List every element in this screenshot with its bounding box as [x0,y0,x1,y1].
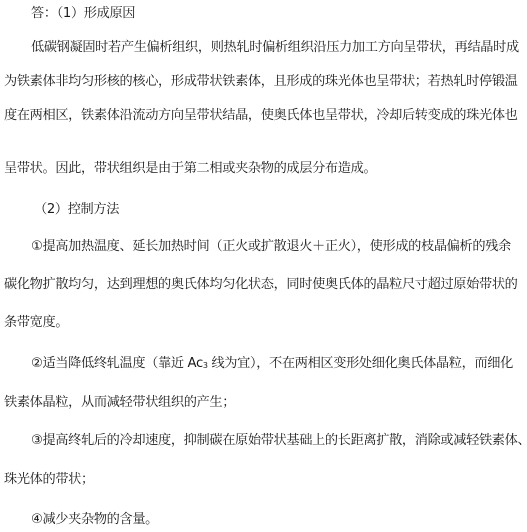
paragraph-line: 度在两相区，铁素体沿流动方向呈带状结晶，使奥氏体也呈带状，冷却后转变成的珠光体也 [4,107,527,125]
paragraph-line: 为铁素体非均匀形核的核心，形成带状铁素体，且形成的珠光体也呈带状；若热轧时停锻温 [4,73,527,91]
paragraph-line: 珠光体的带状； [4,471,527,489]
paragraph-line: 铁素体晶粒，从而减轻带状组织的产生； [4,394,527,412]
paragraph-line: ②适当降低终轧温度（靠近 Ac3 线为宜），不在两相区变形处细化奥氏体晶粒，而细… [31,355,527,373]
text-suffix: 线为宜），不在两相区变形处细化奥氏体晶粒，而细化 [208,356,513,371]
control-heading: （2）控制方法 [34,201,527,219]
paragraph-line: 碳化物扩散均匀，达到理想的奥氏体均匀化状态，同时使奥氏体的晶粒尺寸超过原始带状的 [4,276,527,294]
paragraph-line: 条带宽度。 [4,314,527,332]
answer-heading: 答：（1）形成原因 [31,5,527,23]
text-prefix: ②适当降低终轧温度（靠近 Ac [31,356,203,371]
paragraph-line: ③提高终轧后的冷却速度，抑制碳在原始带状基础上的长距离扩散，消除或减轻铁素体、 [31,432,527,450]
paragraph-line: ④减少夹杂物的含量。 [31,511,527,529]
paragraph-line: 低碳钢凝固时若产生偏析组织，则热轧时偏析组织沿压力加工方向呈带状，再结晶时成 [31,39,527,57]
paragraph-line: ①提高加热温度、延长加热时间（正火或扩散退火＋正火），使形成的枝晶偏析的残余 [31,238,527,256]
paragraph-line: 呈带状。因此，带状组织是由于第二相或夹杂物的成层分布造成。 [4,160,527,178]
